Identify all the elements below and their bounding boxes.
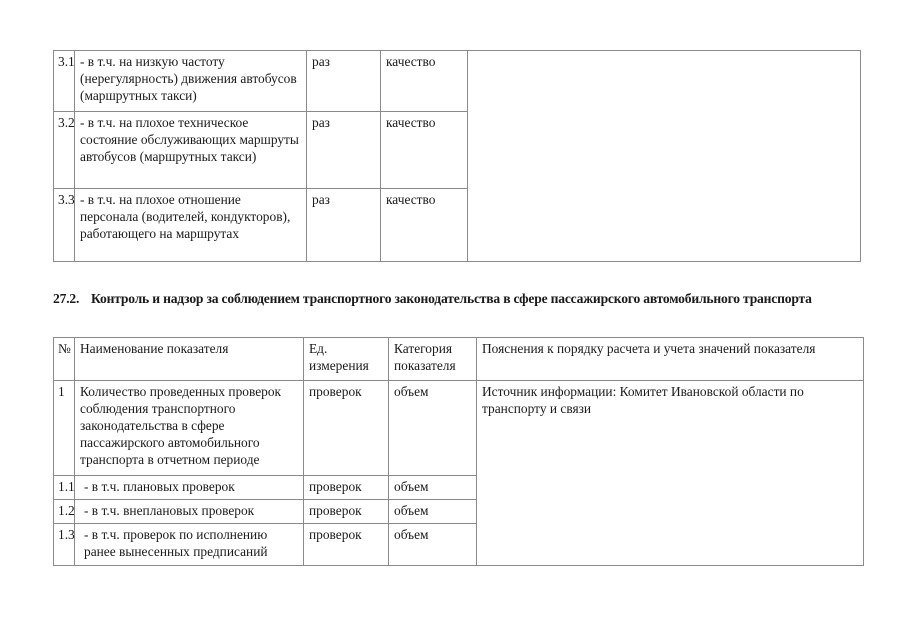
unit-of-measure: проверок [304, 524, 389, 566]
indicator-name: - в т.ч. проверок по исполнению ранее вы… [75, 524, 304, 566]
indicator-name: - в т.ч. на плохое отношение персонала (… [75, 189, 307, 262]
unit-of-measure: раз [307, 51, 381, 112]
header-unit: Ед. измерения [304, 338, 389, 381]
table-header-row: № Наименование показателя Ед. измерения … [54, 338, 864, 381]
indicator-name: - в т.ч. внеплановых проверок [75, 500, 304, 524]
indicator-category: объем [389, 500, 477, 524]
unit-of-measure: проверок [304, 476, 389, 500]
indicator-category: объем [389, 524, 477, 566]
table-row: 3.1 - в т.ч. на низкую частоту (нерегуля… [54, 51, 861, 112]
row-number: 3.1 [54, 51, 75, 112]
indicators-table: № Наименование показателя Ед. измерения … [53, 337, 864, 566]
section-number: 27.2. [53, 289, 91, 308]
section-heading: 27.2.Контроль и надзор за соблюдением тр… [53, 289, 873, 308]
section-title: Контроль и надзор за соблюдением транспо… [91, 291, 812, 306]
indicator-category: качество [381, 112, 468, 189]
indicator-category: объем [389, 476, 477, 500]
row-number: 1.2 [54, 500, 75, 524]
unit-of-measure: проверок [304, 500, 389, 524]
table-row: 1 Количество проведенных проверок соблюд… [54, 381, 864, 476]
calculation-notes [468, 51, 861, 262]
row-number: 1 [54, 381, 75, 476]
indicators-table-continued: 3.1 - в т.ч. на низкую частоту (нерегуля… [53, 50, 861, 262]
indicator-name: - в т.ч. на плохое техническое состояние… [75, 112, 307, 189]
row-number: 1.1 [54, 476, 75, 500]
indicator-name: Количество проведенных проверок соблюден… [75, 381, 304, 476]
row-number: 3.2 [54, 112, 75, 189]
indicator-name: - в т.ч. плановых проверок [75, 476, 304, 500]
header-notes: Пояснения к порядку расчета и учета знач… [477, 338, 864, 381]
calculation-notes: Источник информации: Комитет Ивановской … [477, 381, 864, 566]
header-indicator-name: Наименование показателя [75, 338, 304, 381]
row-number: 1.3 [54, 524, 75, 566]
indicator-category: качество [381, 189, 468, 262]
header-category: Категория показателя [389, 338, 477, 381]
indicator-name: - в т.ч. на низкую частоту (нерегулярнос… [75, 51, 307, 112]
header-number: № [54, 338, 75, 381]
unit-of-measure: раз [307, 112, 381, 189]
unit-of-measure: проверок [304, 381, 389, 476]
indicator-category: качество [381, 51, 468, 112]
indicator-category: объем [389, 381, 477, 476]
unit-of-measure: раз [307, 189, 381, 262]
row-number: 3.3 [54, 189, 75, 262]
